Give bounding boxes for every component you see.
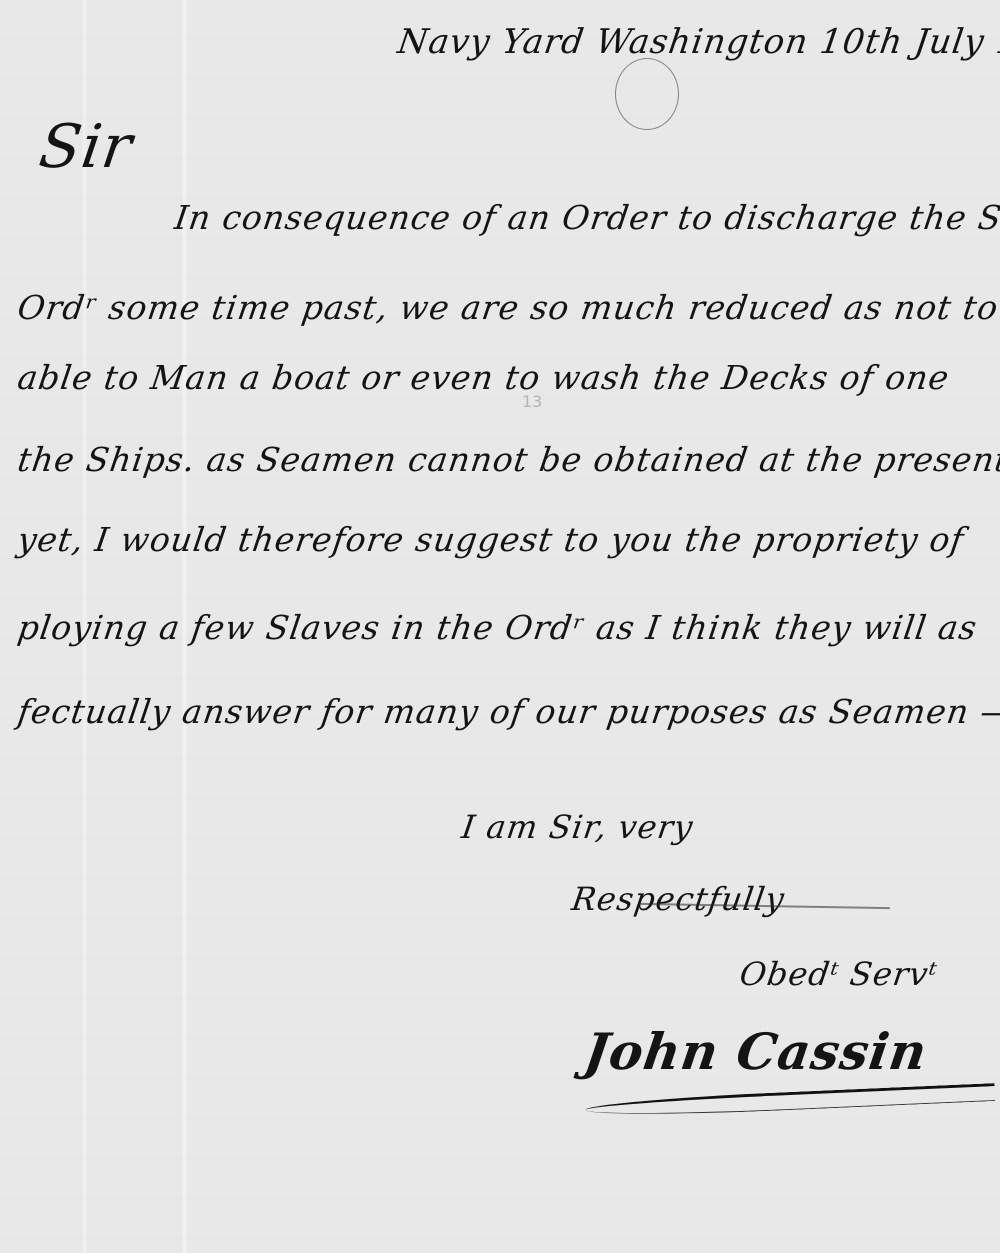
letter-body-line-7: fectually answer for many of our purpose…: [15, 692, 1000, 731]
letter-signature: John Cassin: [581, 1022, 931, 1081]
letter-closing-line-3: Obedᵗ Servᵗ: [737, 955, 940, 993]
letter-body-line-4: the Ships. as Seamen cannot be obtained …: [15, 440, 1000, 479]
letter-body-line-6: ploying a few Slaves in the Ordʳ as I th…: [15, 608, 980, 647]
letter-body-line-5: yet, I would therefore suggest to you th…: [15, 520, 966, 559]
heading-flourish: [615, 58, 679, 130]
letter-body-line-1: In consequence of an Order to discharge …: [172, 198, 1000, 237]
archive-page-mark: 13: [522, 392, 542, 411]
signature-underline-flourish: [585, 1083, 995, 1119]
letter-body-line-3: able to Man a boat or even to wash the D…: [15, 358, 952, 397]
letter-closing-line-2: Respectfully: [569, 880, 787, 918]
letter-salutation: Sir: [35, 112, 137, 182]
letter-heading-place-date: Navy Yard Washington 10th July 1809: [395, 22, 1000, 62]
letter-closing-line-1: I am Sir, very: [459, 808, 695, 846]
letter-body-line-2: Ordʳ some time past, we are so much redu…: [15, 288, 1000, 327]
letter-page: Navy Yard Washington 10th July 1809 Sir …: [0, 0, 1000, 1253]
